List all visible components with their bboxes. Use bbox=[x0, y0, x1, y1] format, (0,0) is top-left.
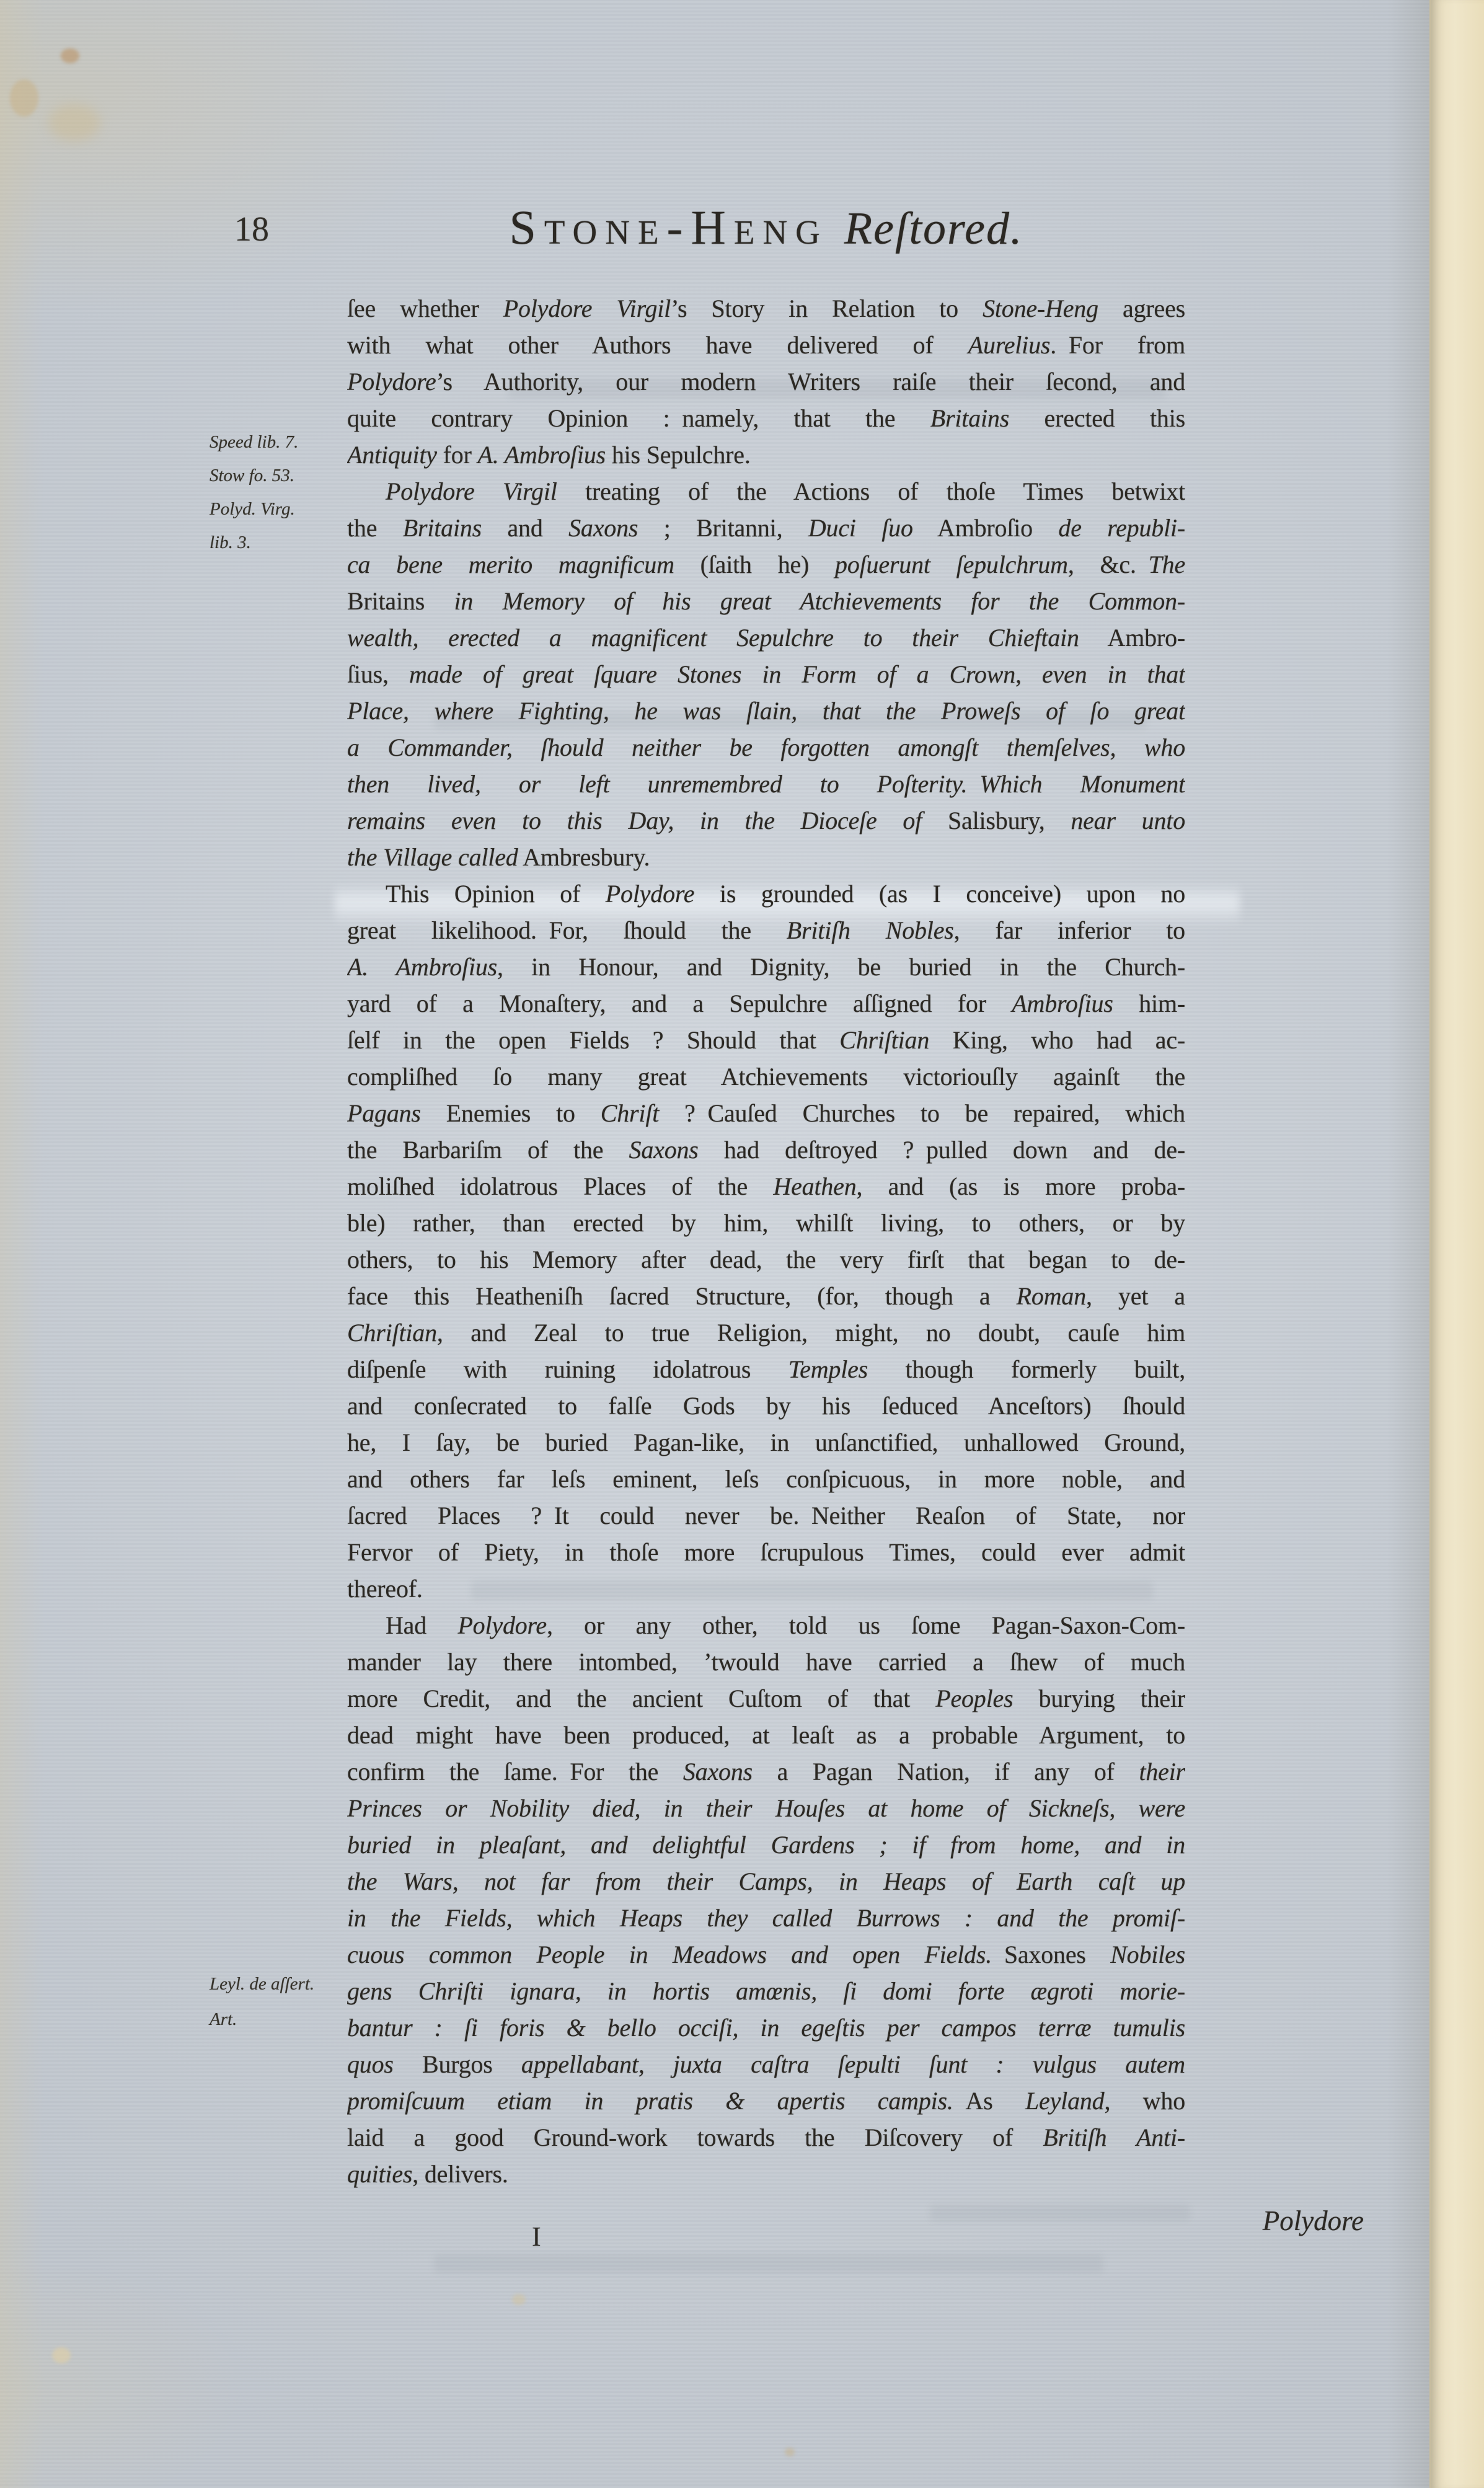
italic-text: de republi- bbox=[1058, 514, 1185, 542]
catchword: Polydore bbox=[1141, 2205, 1364, 2237]
text-line: ſius, made of great ſquare Stones in For… bbox=[347, 656, 1185, 693]
italic-text: A. Ambroſius bbox=[478, 441, 606, 469]
text-line: Polydore’s Authority, our modern Writers… bbox=[347, 363, 1185, 400]
margin-note-line: lib. 3. bbox=[210, 526, 345, 559]
text-line: then lived, or left unremembred to Poſte… bbox=[347, 766, 1185, 802]
text-line: the Village called Ambresbury. bbox=[347, 839, 1185, 875]
signature-mark: I bbox=[532, 2221, 541, 2252]
text-line: in the Fields, which Heaps they called B… bbox=[347, 1900, 1185, 1936]
italic-text: Chriſtian bbox=[347, 1319, 437, 1347]
text-line: buried in pleaſant, and delightful Garde… bbox=[347, 1826, 1185, 1863]
italic-text: Roman bbox=[1017, 1282, 1086, 1310]
italic-text: buried in pleaſant, and delightful Garde… bbox=[347, 1831, 1185, 1859]
text-line: bantur : ſi foris & bello occiſi, in ege… bbox=[347, 2009, 1185, 2046]
italic-text: Pagans bbox=[347, 1099, 421, 1127]
text-line: ſee whether Polydore Virgil’s Story in R… bbox=[347, 290, 1185, 327]
text-line: Chriſtian, and Zeal to true Religion, mi… bbox=[347, 1314, 1185, 1351]
italic-text: cuous common People in Meadows and open … bbox=[347, 1941, 992, 1968]
italic-text: Polydore bbox=[606, 880, 695, 908]
text-line: remains even to this Day, in the Dioceſe… bbox=[347, 802, 1185, 839]
text-line: gens Chriſti ignara, in hortis amœnis, ſ… bbox=[347, 1973, 1185, 2009]
foxing-spot bbox=[48, 104, 100, 141]
text-line: and others far leſs eminent, leſs conſpi… bbox=[347, 1461, 1185, 1497]
text-line: Polydore Virgil treating of the Actions … bbox=[347, 473, 1185, 510]
italic-text: The bbox=[1149, 551, 1185, 578]
italic-text: the Village called bbox=[347, 843, 518, 871]
page-edge-shadow bbox=[1387, 0, 1431, 2488]
text-line: ſacred Places ? It could never be. Neith… bbox=[347, 1497, 1185, 1534]
italic-text: Temples bbox=[788, 1355, 868, 1383]
italic-text: Britains bbox=[930, 404, 1009, 432]
italic-text: quos bbox=[347, 2050, 394, 2078]
text-line: Fervor of Piety, in thoſe more ſcrupulou… bbox=[347, 1534, 1185, 1570]
text-line: yard of a Monaſtery, and a Sepulchre aſſ… bbox=[347, 985, 1185, 1022]
text-line: the Britains and Saxons ; Britanni, Duci… bbox=[347, 510, 1185, 546]
italic-text: remains even to this Day, in the Dioceſe… bbox=[347, 807, 922, 834]
italic-text: Polydore bbox=[347, 368, 436, 396]
text-line: diſpenſe with ruining idolatrous Temples… bbox=[347, 1351, 1185, 1388]
text-line: others, to his Memory after dead, the ve… bbox=[347, 1241, 1185, 1278]
text-line: Princes or Nobility died, in their Houſe… bbox=[347, 1790, 1185, 1826]
italic-text: Stone-Heng bbox=[983, 294, 1098, 322]
text-line: thereof. bbox=[347, 1570, 1185, 1607]
margin-note-line: Stow fo. 53. bbox=[210, 459, 345, 492]
foxing-spot bbox=[512, 2294, 526, 2305]
italic-text: Chriſtian bbox=[839, 1026, 929, 1054]
text-line: A. Ambroſius, in Honour, and Dignity, be… bbox=[347, 949, 1185, 985]
margin-note-line: Leyl. de aſſert. bbox=[210, 1967, 345, 2002]
italic-text: Britiſh Anti- bbox=[1043, 2123, 1185, 2151]
body-text: ſee whether Polydore Virgil’s Story in R… bbox=[347, 290, 1185, 2218]
text-line: laid a good Ground-work towards the Diſc… bbox=[347, 2119, 1185, 2156]
text-line: Place, where Fighting, he was ſlain, tha… bbox=[347, 693, 1185, 729]
margin-note-line: Art. bbox=[210, 2002, 345, 2037]
italic-text: gens Chriſti ignara, in hortis amœnis, ſ… bbox=[347, 1977, 1185, 2005]
text-line: Pagans Enemies to Chriſt ? Cauſed Church… bbox=[347, 1095, 1185, 1131]
italic-text: Saxons bbox=[629, 1136, 699, 1164]
italic-text: promiſcuum etiam in pratis & apertis cam… bbox=[347, 2087, 953, 2115]
show-through-smudge bbox=[434, 2254, 1103, 2273]
italic-text: their bbox=[1139, 1758, 1185, 1786]
text-line: This Opinion of Polydore is grounded (as… bbox=[347, 875, 1185, 912]
text-line: Antiquity for A. Ambroſius his Sepulchre… bbox=[347, 436, 1185, 473]
book-page: 18 Stone-HengReſtored. Speed lib. 7.Stow… bbox=[0, 0, 1484, 2488]
italic-text: A. Ambroſius bbox=[347, 953, 497, 981]
italic-text: Peoples bbox=[935, 1684, 1013, 1712]
text-line: Had Polydore, or any other, told us ſome… bbox=[347, 1607, 1185, 1644]
italic-text: Leyland bbox=[1025, 2087, 1104, 2115]
page-number: 18 bbox=[234, 210, 269, 249]
text-line: moliſhed idolatrous Places of the Heathe… bbox=[347, 1168, 1185, 1205]
foxing-spot bbox=[61, 48, 79, 63]
text-line: face this Heatheniſh ſacred Structure, (… bbox=[347, 1278, 1185, 1314]
running-title: Stone-HengReſtored. bbox=[347, 200, 1185, 255]
text-line: mander lay there intombed, ’twould have … bbox=[347, 1644, 1185, 1680]
italic-text: poſuerunt ſepulchrum bbox=[835, 551, 1068, 578]
foxing-spot bbox=[785, 2448, 795, 2456]
text-line: and conſecrated to falſe Gods by his ſed… bbox=[347, 1388, 1185, 1424]
italic-text: Polydore Virgil bbox=[503, 294, 671, 322]
text-line: quos Burgos appellabant, juxta caſtra ſe… bbox=[347, 2046, 1185, 2083]
italic-text: Nobiles bbox=[1110, 1941, 1185, 1968]
italic-text: ca bene merito magnificum bbox=[347, 551, 674, 578]
italic-text: Antiquity bbox=[347, 441, 437, 469]
text-line: with what other Authors have delivered o… bbox=[347, 327, 1185, 363]
italic-text: bantur : ſi foris & bello occiſi, in ege… bbox=[347, 2014, 1185, 2042]
text-line: more Credit, and the ancient Cuſtom of t… bbox=[347, 1680, 1185, 1717]
italic-text: Saxons bbox=[568, 514, 638, 542]
italic-text: made of great ſquare Stones in Form of a… bbox=[409, 660, 1185, 688]
text-line: the Barbariſm of the Saxons had deſtroye… bbox=[347, 1131, 1185, 1168]
text-line: great likelihood. For, ſhould the Britiſ… bbox=[347, 912, 1185, 949]
foxing-spot bbox=[10, 79, 38, 117]
text-line: promiſcuum etiam in pratis & apertis cam… bbox=[347, 2083, 1185, 2119]
italic-text: Britiſh Nobles bbox=[787, 916, 954, 944]
italic-text: Heathen bbox=[773, 1172, 856, 1200]
margin-note-line: Polyd. Virg. bbox=[210, 492, 345, 526]
italic-text: the Wars, not far from their Camps, in H… bbox=[347, 1867, 1185, 1895]
adjacent-page-edge bbox=[1429, 0, 1484, 2488]
italic-text: Chriſt bbox=[601, 1099, 659, 1127]
running-title-main: Stone-Heng bbox=[510, 200, 828, 254]
text-line: quite contrary Opinion : namely, that th… bbox=[347, 400, 1185, 436]
text-line: cuous common People in Meadows and open … bbox=[347, 1936, 1185, 1973]
italic-text: quities bbox=[347, 2160, 412, 2188]
italic-text: Place, where Fighting, he was ſlain, tha… bbox=[347, 697, 1185, 725]
italic-text: Aurelius bbox=[968, 331, 1050, 359]
text-line: quities, delivers. bbox=[347, 2156, 1185, 2192]
italic-text: Ambroſius bbox=[1012, 989, 1113, 1017]
running-title-italic: Reſtored. bbox=[844, 203, 1023, 254]
italic-text: Duci ſuo bbox=[808, 514, 913, 542]
italic-text: Britains bbox=[403, 514, 482, 542]
text-line: confirm the ſame. For the Saxons a Pagan… bbox=[347, 1753, 1185, 1790]
text-line: dead might have been produced, at leaſt … bbox=[347, 1717, 1185, 1753]
text-line: a Commander, ſhould neither be forgotten… bbox=[347, 729, 1185, 766]
italic-text: Princes or Nobility died, in their Houſe… bbox=[347, 1794, 1185, 1822]
italic-text: wealth, erected a magnificent Sepulchre … bbox=[347, 624, 1079, 652]
text-line: wealth, erected a magnificent Sepulchre … bbox=[347, 619, 1185, 656]
margin-note-citations: Speed lib. 7.Stow fo. 53.Polyd. Virg.lib… bbox=[210, 425, 345, 559]
italic-text: Saxons bbox=[683, 1758, 753, 1786]
italic-text: near unto bbox=[1071, 807, 1185, 834]
italic-text: Polydore Virgil bbox=[386, 477, 557, 505]
text-line: he, I ſay, be buried Pagan-like, in unſa… bbox=[347, 1424, 1185, 1461]
italic-text: a Commander, ſhould neither be forgotten… bbox=[347, 733, 1185, 761]
italic-text: Polydore bbox=[457, 1611, 547, 1639]
text-line: Britains in Memory of his great Atchieve… bbox=[347, 583, 1185, 619]
margin-note-line: Speed lib. 7. bbox=[210, 425, 345, 459]
margin-note-leyland: Leyl. de aſſert.Art. bbox=[210, 1967, 345, 2037]
text-line: ca bene merito magnificum (ſaith he) poſ… bbox=[347, 546, 1185, 583]
italic-text: in Memory of his great Atchievements for… bbox=[454, 587, 1185, 615]
text-line: ble) rather, than erected by him, whilſt… bbox=[347, 1205, 1185, 1241]
text-line: ſelf in the open Fields ? Should that Ch… bbox=[347, 1022, 1185, 1058]
italic-text: then lived, or left unremembred to Poſte… bbox=[347, 770, 1185, 798]
italic-text: appellabant, juxta caſtra ſepulti ſunt :… bbox=[521, 2050, 1185, 2078]
foxing-spot bbox=[52, 2347, 71, 2363]
italic-text: in the Fields, which Heaps they called B… bbox=[347, 1904, 1185, 1932]
text-line: compliſhed ſo many great Atchievements v… bbox=[347, 1058, 1185, 1095]
text-line: the Wars, not far from their Camps, in H… bbox=[347, 1863, 1185, 1900]
